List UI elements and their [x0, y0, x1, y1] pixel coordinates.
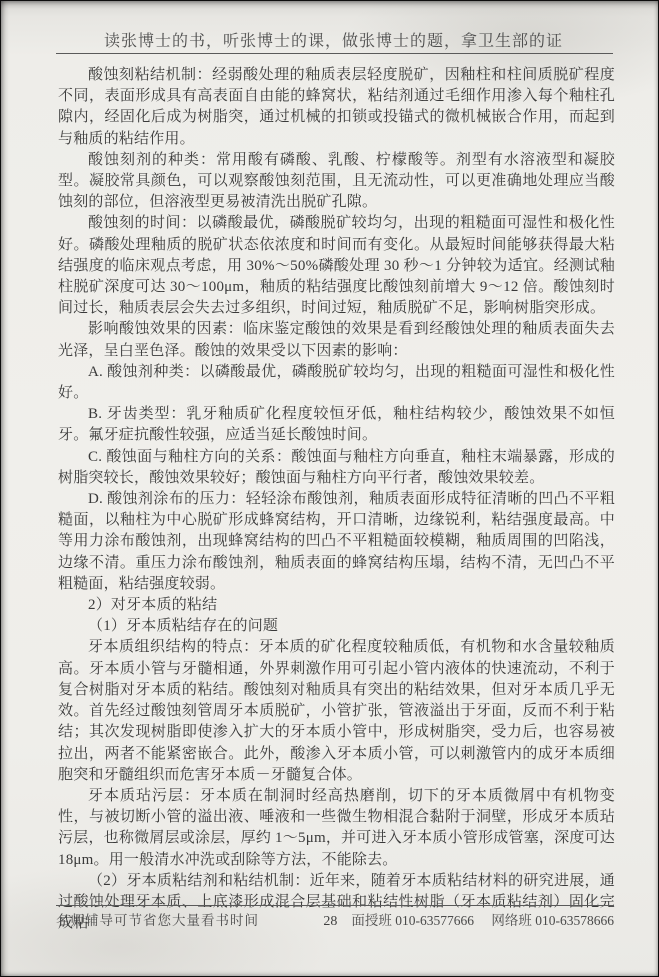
document-body: 酸蚀刻粘结机制：经弱酸处理的釉质表层轻度脱矿，因釉柱和柱间质脱矿程度不同，表面形…: [58, 65, 615, 934]
footer: 名师辅导可节省您大量看书时间 28 面授班 010-63577666 网络班 0…: [56, 909, 614, 930]
paragraph-factor-c: C. 酸蚀面与釉柱方向的关系：酸蚀面与釉柱方向垂直，釉柱末端暴露，形成的树脂突较…: [58, 447, 615, 489]
paragraph-dentin-structure: 牙本质组织结构的特点：牙本质的矿化程度较釉质低，有机物和水含量较釉质高。牙本质小…: [58, 637, 615, 785]
paragraph-smear-layer: 牙本质玷污层：牙本质在制洞时经高热磨削，切下的牙本质微屑中有机物变性，与被切断小…: [58, 786, 615, 871]
paragraph-etch-effect-factors: 影响酸蚀效果的因素：临床鉴定酸蚀的效果是看到经酸蚀处理的釉质表面失去光泽，呈白垩…: [58, 319, 615, 361]
heading-dentin-bonding-problems: （1）牙本质粘结存在的问题: [58, 616, 615, 637]
heading-dentin-bonding: 2）对牙本质的粘结: [58, 595, 615, 616]
paragraph-factor-b: B. 牙齿类型：乳牙釉质矿化程度较恒牙低，釉柱结构较少，酸蚀效果不如恒牙。氟牙症…: [58, 404, 615, 446]
header-rule: [56, 53, 613, 54]
paragraph-etch-bonding-mechanism: 酸蚀刻粘结机制：经弱酸处理的釉质表层轻度脱矿，因釉柱和柱间质脱矿程度不同，表面形…: [58, 65, 615, 150]
paragraph-etchant-types: 酸蚀刻剂的种类：常用酸有磷酸、乳酸、柠檬酸等。剂型有水溶液型和凝胶型。凝胶常具颜…: [58, 150, 615, 214]
paragraph-factor-d: D. 酸蚀剂涂布的压力：轻轻涂布酸蚀剂，釉质表面形成特征清晰的凹凸不平粗糙面，以…: [58, 489, 615, 595]
footer-phone-classroom: 面授班 010-63577666: [351, 913, 474, 928]
footer-slogan: 名师辅导可节省您大量看书时间: [56, 909, 323, 929]
footer-contacts: 面授班 010-63577666 网络班 010-63578666: [337, 909, 614, 929]
footer-phone-online: 网络班 010-63578666: [491, 913, 614, 928]
paragraph-factor-a: A. 酸蚀剂种类：以磷酸最优，磷酸脱矿较均匀，出现的粗糙面可湿性和极化性好。: [58, 362, 615, 404]
header-slogan: 读张博士的书，听张博士的课，做张博士的题，拿卫生部的证: [56, 28, 611, 51]
footer-rule: [56, 905, 614, 906]
scanned-document-page: 读张博士的书，听张博士的课，做张博士的题，拿卫生部的证 酸蚀刻粘结机制：经弱酸处…: [0, 0, 659, 977]
paragraph-etching-time: 酸蚀刻的时间：以磷酸最优，磷酸脱矿较均匀，出现的粗糙面可湿性和极化性好。磷酸处理…: [58, 213, 615, 319]
page-number: 28: [323, 914, 337, 930]
